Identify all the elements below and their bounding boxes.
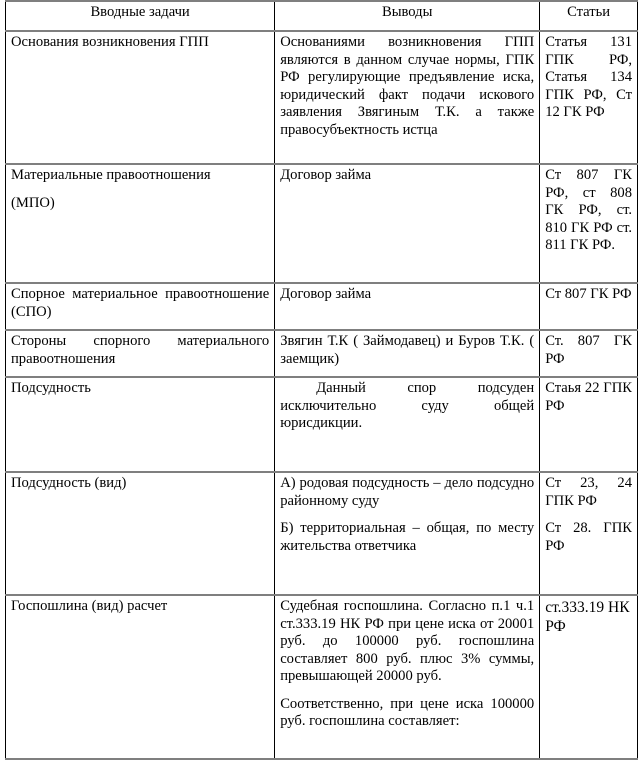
conclusion-text: А) родовая подсудность – дело подсудно р… bbox=[280, 475, 534, 510]
conclusion-text: Данный спор подсуден исключительно суду … bbox=[280, 380, 534, 433]
task-cell: Госпошлина (вид) расчет bbox=[6, 595, 275, 759]
articles-text: Стаья 22 ГПК РФ bbox=[545, 380, 632, 415]
table-row: Спорное материальное правоотношение (СПО… bbox=[6, 283, 638, 330]
legal-analysis-table: Вводные задачи Выводы Статьи Основания в… bbox=[5, 0, 638, 760]
table-row: Стороны спорного материального правоотно… bbox=[6, 330, 638, 377]
conclusion-cell: Договор займа bbox=[275, 283, 540, 330]
conclusion-text: Б) территориальная – общая, по месту жит… bbox=[280, 520, 534, 555]
table-row: Госпошлина (вид) расчет Судебная госпошл… bbox=[6, 595, 638, 759]
articles-text: Ст 807 ГК РФ bbox=[545, 286, 632, 304]
conclusion-text: Звягин Т.К ( Займодавец) и Буров Т.К. ( … bbox=[280, 333, 534, 368]
conclusion-text: Судебная госпошлина. Согласно п.1 ч.1 ст… bbox=[280, 598, 534, 686]
task-cell: Подсудность bbox=[6, 377, 275, 472]
header-row: Вводные задачи Выводы Статьи bbox=[6, 1, 638, 31]
table-row: Основания возникновения ГПП Основаниями … bbox=[6, 31, 638, 164]
articles-text: ст.333.19 НК РФ bbox=[545, 598, 632, 636]
table-row: Материальные правоотношения (МПО) Догово… bbox=[6, 164, 638, 283]
task-cell: Материальные правоотношения (МПО) bbox=[6, 164, 275, 283]
task-text: (МПО) bbox=[11, 195, 269, 213]
conclusion-text: Основаниями возникновения ГПП являются в… bbox=[280, 34, 534, 139]
task-text: Подсудность bbox=[11, 380, 269, 398]
conclusion-cell: А) родовая подсудность – дело подсудно р… bbox=[275, 472, 540, 595]
conclusion-cell: Договор займа bbox=[275, 164, 540, 283]
articles-text: Ст 28. ГПК РФ bbox=[545, 520, 632, 555]
articles-cell: Статья 131 ГПК РФ, Статья 134 ГПК РФ, Ст… bbox=[540, 31, 638, 164]
articles-text: Ст. 807 ГК РФ bbox=[545, 333, 632, 368]
task-cell: Подсудность (вид) bbox=[6, 472, 275, 595]
conclusion-cell: Звягин Т.К ( Займодавец) и Буров Т.К. ( … bbox=[275, 330, 540, 377]
articles-text: Статья 131 ГПК РФ, Статья 134 ГПК РФ, Ст… bbox=[545, 34, 632, 122]
header-conclusions: Выводы bbox=[275, 1, 540, 31]
articles-cell: Ст 23, 24 ГПК РФ Ст 28. ГПК РФ bbox=[540, 472, 638, 595]
conclusion-text: Соответственно, при цене иска 100000 руб… bbox=[280, 696, 534, 731]
task-text: Подсудность (вид) bbox=[11, 475, 269, 493]
conclusion-cell: Основаниями возникновения ГПП являются в… bbox=[275, 31, 540, 164]
task-text: Спорное материальное правоотношение (СПО… bbox=[11, 286, 269, 321]
task-cell: Стороны спорного материального правоотно… bbox=[6, 330, 275, 377]
task-cell: Спорное материальное правоотношение (СПО… bbox=[6, 283, 275, 330]
header-tasks: Вводные задачи bbox=[6, 1, 275, 31]
conclusion-cell: Данный спор подсуден исключительно суду … bbox=[275, 377, 540, 472]
task-text: Стороны спорного материального правоотно… bbox=[11, 333, 269, 368]
articles-text: Ст 23, 24 ГПК РФ bbox=[545, 475, 632, 510]
task-cell: Основания возникновения ГПП bbox=[6, 31, 275, 164]
task-text: Госпошлина (вид) расчет bbox=[11, 598, 269, 616]
header-articles: Статьи bbox=[540, 1, 638, 31]
articles-text: Ст 807 ГК РФ, ст 808 ГК РФ, ст. 810 ГК Р… bbox=[545, 167, 632, 255]
conclusion-text: Договор займа bbox=[280, 167, 534, 185]
conclusion-text: Договор займа bbox=[280, 286, 534, 304]
table-row: Подсудность Данный спор подсуден исключи… bbox=[6, 377, 638, 472]
articles-cell: Ст 807 ГК РФ bbox=[540, 283, 638, 330]
table-row: Подсудность (вид) А) родовая подсудность… bbox=[6, 472, 638, 595]
conclusion-cell: Судебная госпошлина. Согласно п.1 ч.1 ст… bbox=[275, 595, 540, 759]
articles-cell: Стаья 22 ГПК РФ bbox=[540, 377, 638, 472]
articles-cell: Ст 807 ГК РФ, ст 808 ГК РФ, ст. 810 ГК Р… bbox=[540, 164, 638, 283]
task-text: Материальные правоотношения bbox=[11, 167, 269, 185]
articles-cell: Ст. 807 ГК РФ bbox=[540, 330, 638, 377]
task-text: Основания возникновения ГПП bbox=[11, 34, 269, 52]
articles-cell: ст.333.19 НК РФ bbox=[540, 595, 638, 759]
